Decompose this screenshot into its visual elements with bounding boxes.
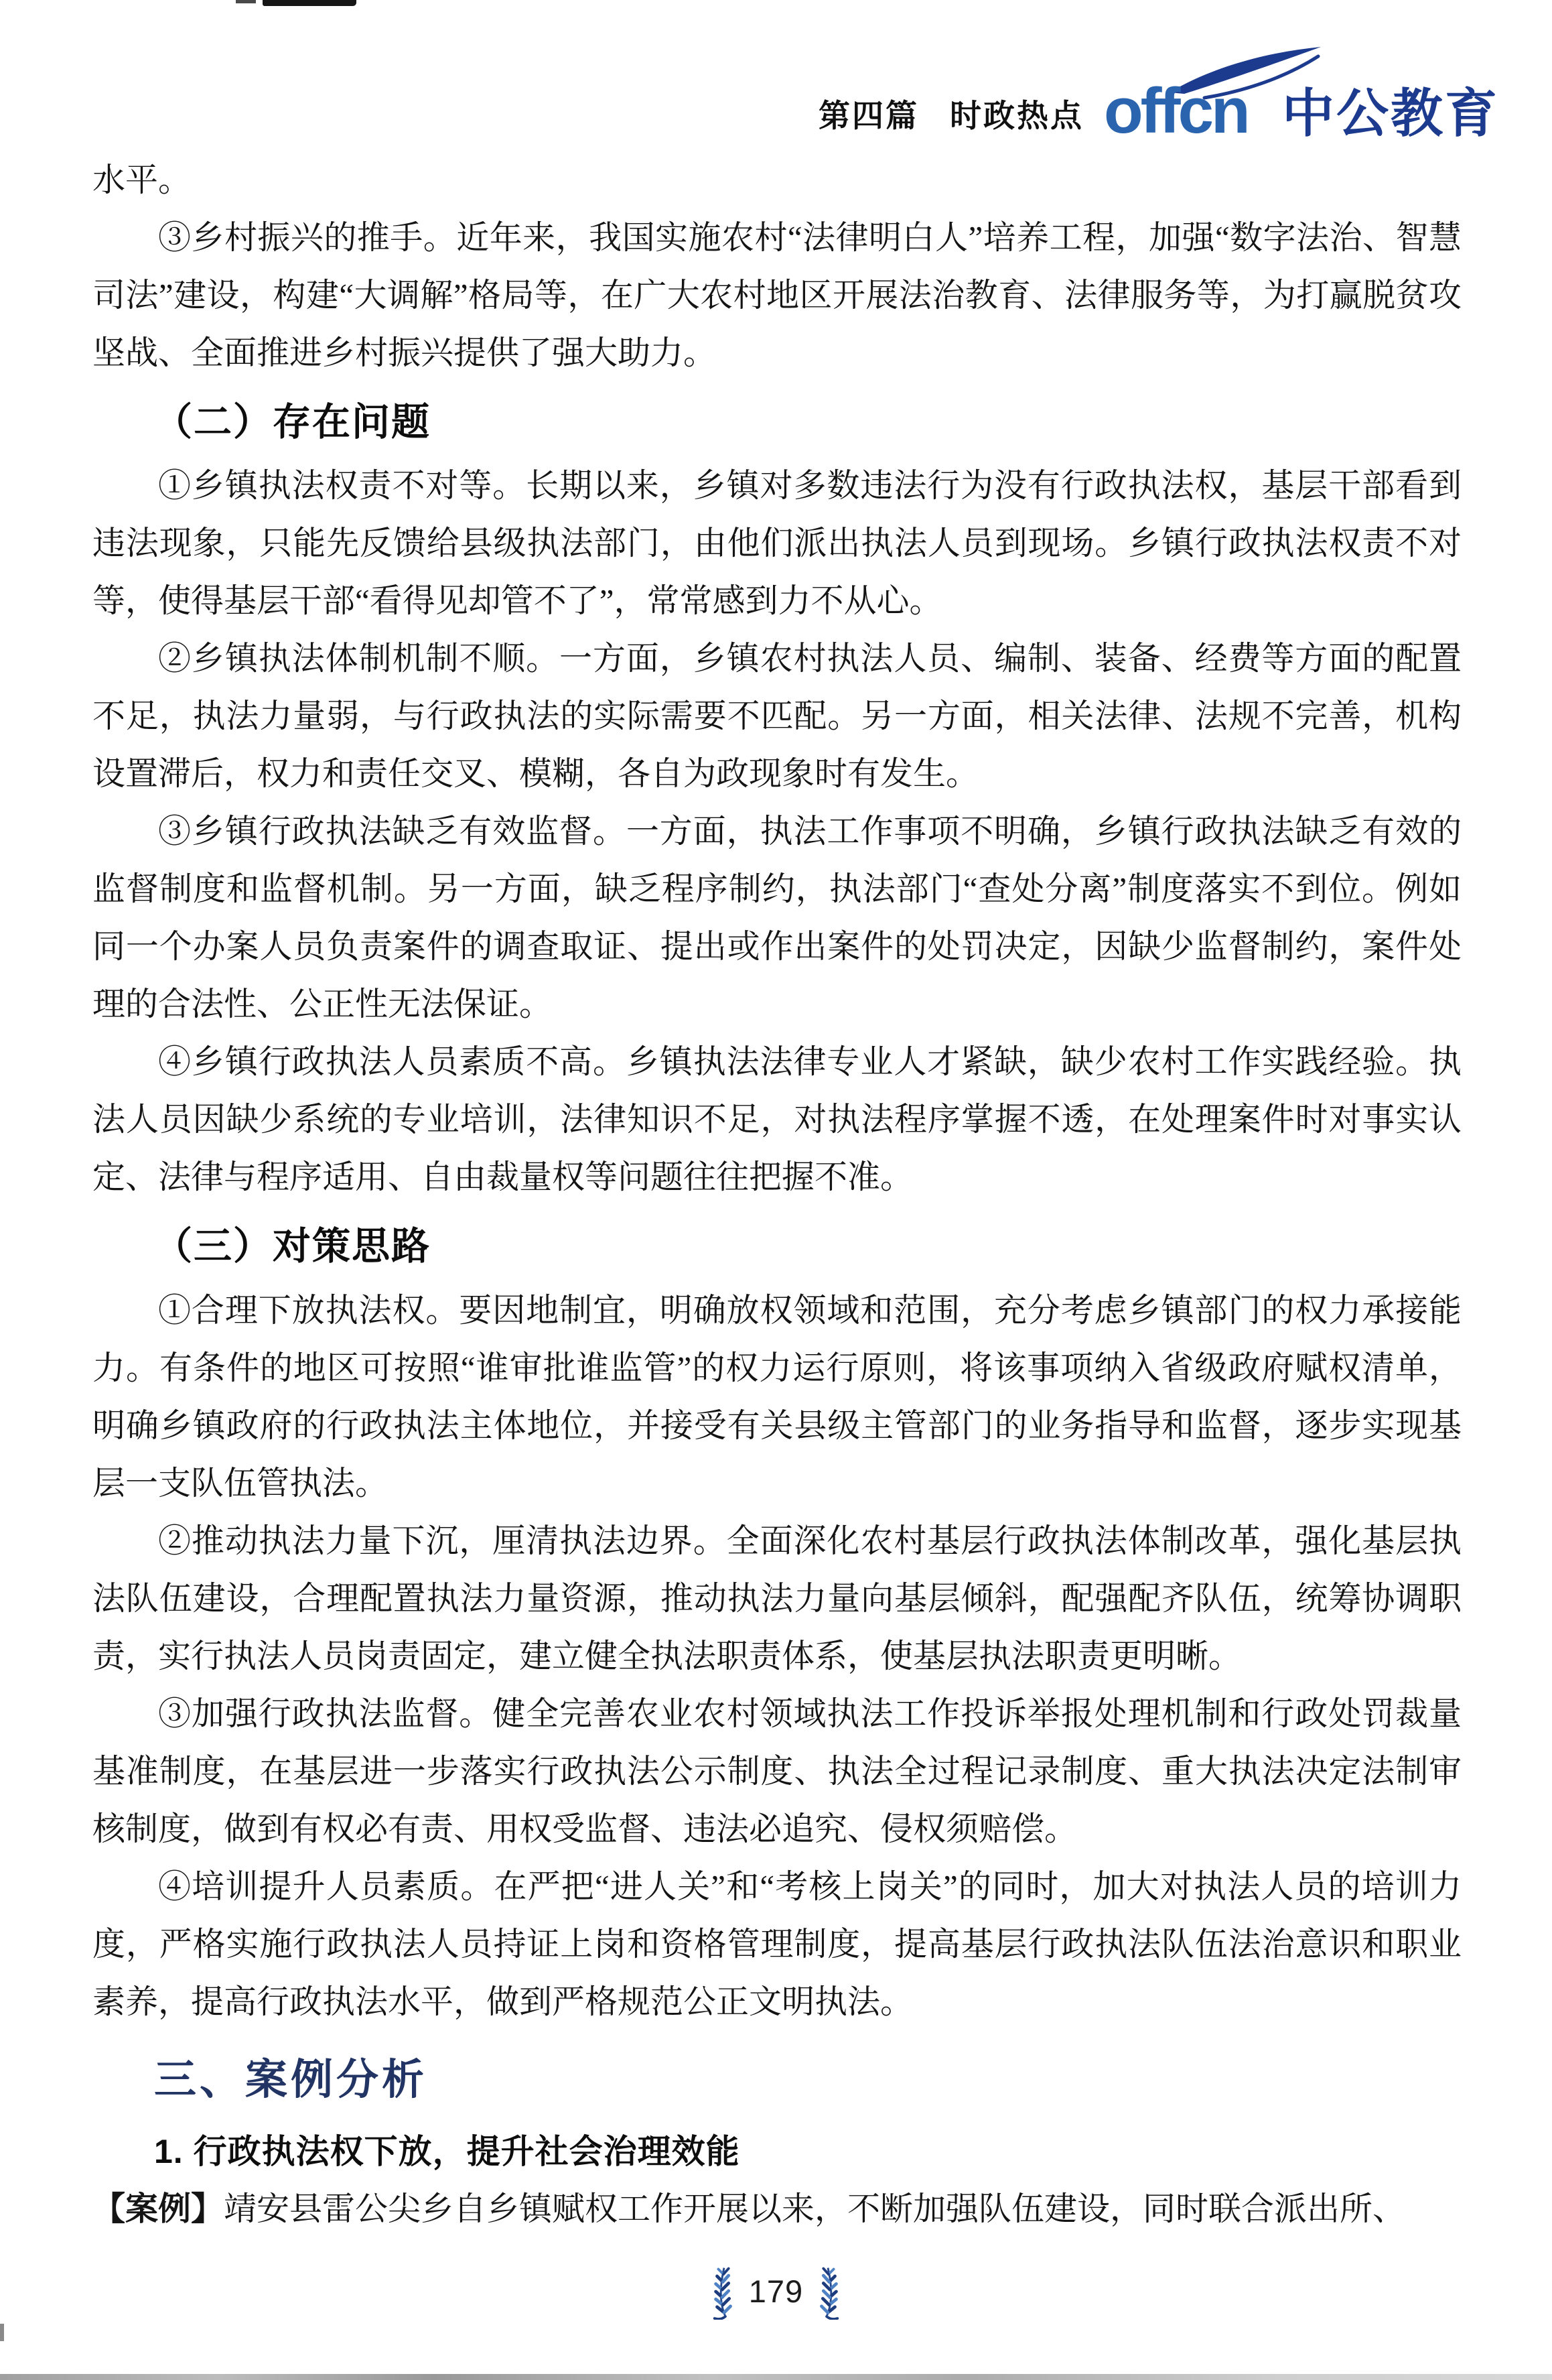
page-footer: 179: [0, 2262, 1552, 2320]
scan-smudge-top: [263, 0, 356, 6]
paragraph-problem-1: ①乡镇执法权责不对等。长期以来，乡镇对多数违法行为没有行政执法权，基层干部看到违…: [92, 457, 1462, 630]
case-text: 靖安县雷公尖乡自乡镇赋权工作开展以来，不断加强队伍建设，同时联合派出所、: [224, 2190, 1405, 2227]
paragraph-measure-2: ②推动执法力量下沉，厘清执法边界。全面深化农村基层行政执法体制改革，强化基层执法…: [92, 1512, 1462, 1685]
paragraph-rural-revitalization: ③乡村振兴的推手。近年来，我国实施农村“法律明白人”培养工程，加强“数字法治、智…: [92, 209, 1462, 382]
chapter-heading-case-analysis: 三、案例分析: [154, 2055, 1462, 2106]
continuation-line: 水平。: [92, 151, 1462, 209]
section-heading-existing-problems: （二）存在问题: [154, 399, 1462, 445]
running-header-title: 时政热点: [950, 98, 1084, 133]
paragraph-problem-4: ④乡镇行政执法人员素质不高。乡镇执法法律专业人才紧缺，缺少农村工作实践经验。执法…: [92, 1033, 1462, 1206]
logo-chinese-text: 中公教育: [1282, 87, 1499, 139]
logo-latin-text: offcn: [1104, 79, 1248, 143]
scan-edge-bottom: [0, 2374, 1552, 2380]
scan-smudge-top-small: [236, 0, 256, 3]
paragraph-problem-2: ②乡镇执法体制机制不顺。一方面，乡镇农村执法人员、编制、装备、经费等方面的配置不…: [92, 630, 1462, 803]
running-header: 第四篇时政热点: [819, 91, 1084, 136]
laurel-right-icon: [814, 2262, 842, 2320]
scan-edge-left-mark: [0, 2324, 4, 2341]
section-heading-countermeasures: （三）对策思路: [154, 1224, 1462, 1269]
paragraph-measure-4: ④培训提升人员素质。在严把“进人关”和“考核上岗关”的同时，加大对执法人员的培训…: [92, 1858, 1462, 2031]
book-page: { "header": { "section_part": "第四篇", "se…: [0, 0, 1552, 2380]
paragraph-measure-1: ①合理下放执法权。要因地制宜，明确放权领域和范围，充分考虑乡镇部门的权力承接能力…: [92, 1282, 1462, 1512]
case-subheading: 1. 行政执法权下放，提升社会治理效能: [154, 2123, 1462, 2180]
paragraph-measure-3: ③加强行政执法监督。健全完善农业农村领域执法工作投诉举报处理机制和行政处罚裁量基…: [92, 1685, 1462, 1858]
paragraph-problem-3: ③乡镇行政执法缺乏有效监督。一方面，执法工作事项不明确，乡镇行政执法缺乏有效的监…: [92, 803, 1462, 1033]
page-content: 水平。 ③乡村振兴的推手。近年来，我国实施农村“法律明白人”培养工程，加强“数字…: [92, 151, 1462, 2238]
offcn-logo: offcn 中公教育: [1104, 56, 1506, 145]
page-number: 179: [749, 2273, 803, 2310]
case-paragraph: 【案例】靖安县雷公尖乡自乡镇赋权工作开展以来，不断加强队伍建设，同时联合派出所、: [92, 2180, 1462, 2238]
laurel-left-icon: [710, 2262, 738, 2320]
running-header-part: 第四篇: [819, 98, 919, 133]
case-label: 【案例】: [92, 2191, 224, 2227]
